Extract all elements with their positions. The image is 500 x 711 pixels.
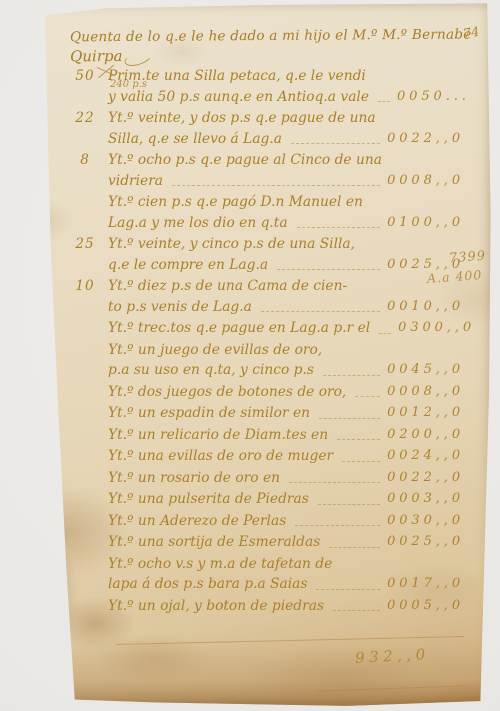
entry-margin-amount <box>62 596 108 617</box>
entry-body: Yt.º un rosario de oro en0022,,0 <box>108 468 464 489</box>
dotted-leader <box>337 439 380 440</box>
entry-line: Yt.º ocho p.s q.e pague al Cinco de una <box>108 150 382 171</box>
manuscript-photo: 74 Quenta de lo q.e le he dado a mi hijo… <box>0 0 500 711</box>
bottom-divider <box>316 685 466 691</box>
entry-row: Yt.º ocho v.s y m.a de tafetan delapa á … <box>62 554 464 595</box>
entry-row: 22Yt.º veinte, y dos p.s q.e pague de un… <box>62 108 464 149</box>
entry-row: Yt.º un juego de evillas de oro,p.a su u… <box>62 340 464 381</box>
entry-line-row: p.a su uso en q.ta, y cinco p.s0045,,0 <box>108 360 464 381</box>
entry-row: Yt.º un rosario de oro en0022,,0 <box>62 468 464 489</box>
entry-line-row: Yt.º un relicario de Diam.tes en0200,,0 <box>108 425 464 446</box>
entry-line-row: vidriera0008,,0 <box>108 171 464 192</box>
total-amount: 932,,0 <box>355 645 431 667</box>
entry-amount: 0012,,0 <box>387 403 464 424</box>
entry-body: Yt.º una evillas de oro de muger0024,,0 <box>108 446 464 467</box>
entry-row: Yt.º cien p.s q.e pagó D.n Manuel enLag.… <box>62 192 464 233</box>
entry-line: Yt.º diez p.s de una Cama de cien- <box>108 276 347 297</box>
entry-amount: 0005,,0 <box>387 596 464 617</box>
dotted-leader <box>172 185 380 186</box>
ledger-entries: 50Prim.te una Silla petaca, q.e le vendi… <box>62 66 464 617</box>
entry-body: Yt.º un espadin de similor en0012,,0 <box>108 403 464 424</box>
entry-line-row: Yt.º un espadin de similor en0012,,0 <box>108 403 464 424</box>
entry-amount: 0003,,0 <box>387 489 464 510</box>
dotted-leader <box>355 396 380 397</box>
entry-amount: 0025,,0 <box>387 255 464 276</box>
entry-margin-amount <box>62 318 108 339</box>
entry-line: Yt.º un rosario de oro en <box>108 468 280 489</box>
entry-line: Yt.º una evillas de oro de muger <box>108 446 333 467</box>
entry-row: Yt.º dos juegos de botones de oro,0008,,… <box>62 382 464 403</box>
entry-line-row: Yt.º veinte, y dos p.s q.e pague de una <box>108 108 464 129</box>
dotted-leader <box>316 589 380 590</box>
entry-line-row: Yt.º un ojal, y boton de piedras0005,,0 <box>108 596 464 617</box>
entry-row: Yt.º una evillas de oro de muger0024,,0 <box>62 446 464 467</box>
entry-amount: 0008,,0 <box>387 171 464 192</box>
entry-amount: 0024,,0 <box>387 446 464 467</box>
entry-line-row: Yt.º ocho p.s q.e pague al Cinco de una <box>108 150 464 171</box>
entry-amount: 0045,,0 <box>387 360 464 381</box>
entry-body: Yt.º veinte, y dos p.s q.e pague de unaS… <box>108 108 464 149</box>
entry-amount: 0008,,0 <box>387 382 464 403</box>
entry-row: Yt.º un relicario de Diam.tes en0200,,0 <box>62 425 464 446</box>
entry-body: Yt.º un juego de evillas de oro,p.a su u… <box>108 340 464 381</box>
entry-body: Yt.º un ojal, y boton de piedras0005,,0 <box>108 596 464 617</box>
entry-margin-amount: 25 <box>62 234 108 275</box>
entry-margin-amount <box>62 554 108 595</box>
entry-margin-amount <box>62 468 108 489</box>
entry-amount: 0025,,0 <box>387 532 464 553</box>
entry-line-row: Yt.º una evillas de oro de muger0024,,0 <box>108 446 464 467</box>
entry-line-row: Yt.º dos juegos de botones de oro,0008,,… <box>108 382 464 403</box>
entry-amount: 0030,,0 <box>387 511 464 532</box>
entry-line-row: Silla, q.e se llevo á Lag.a0022,,0 <box>108 129 464 150</box>
dotted-leader <box>319 418 380 419</box>
entry-amount: 0022,,0 <box>387 129 464 150</box>
entry-line-row: q.e le compre en Lag.a0025,,0 <box>108 255 464 276</box>
margin-note-17: 17. <box>24 590 43 604</box>
dotted-leader <box>297 227 381 228</box>
entry-row: 25Yt.º veinte, y cinco p.s de una Silla,… <box>62 234 464 275</box>
entry-line-row: Yt.º diez p.s de una Cama de cien- <box>108 276 464 297</box>
entry-line-row: Yt.º veinte, y cinco p.s de una Silla, <box>108 234 464 255</box>
header-subtitle: Quirpa <box>70 45 458 66</box>
dotted-leader <box>379 333 391 334</box>
entry-row: 50Prim.te una Silla petaca, q.e le vendi… <box>62 66 464 107</box>
entry-line: Yt.º un relicario de Diam.tes en <box>108 425 328 446</box>
entry-body: Yt.º dos juegos de botones de oro,0008,,… <box>108 382 464 403</box>
superscript-note: 240 p.s <box>110 79 147 90</box>
entry-line: Yt.º un juego de evillas de oro, <box>108 340 322 361</box>
entry-line-row: y valia 50 p.s aunq.e en Antioq.a vale00… <box>108 87 470 108</box>
entry-body: Yt.º diez p.s de una Cama de cien-to p.s… <box>108 276 464 317</box>
entry-row: Yt.º un Aderezo de Perlas0030,,0 <box>62 511 464 532</box>
dotted-leader <box>261 311 380 312</box>
entry-line-row: Yt.º un Aderezo de Perlas0030,,0 <box>108 511 464 532</box>
entry-line-row: Lag.a y me los dio en q.ta0100,,0 <box>108 213 464 234</box>
entry-line: Yt.º trec.tos q.e pague en Lag.a p.r el <box>108 318 370 339</box>
entry-line-row: Yt.º una pulserita de Piedras0003,,0 <box>108 489 464 510</box>
entry-amount: 0010,,0 <box>387 297 464 318</box>
entry-amount: 0100,,0 <box>387 213 464 234</box>
entry-line: vidriera <box>108 171 163 192</box>
entry-line: Yt.º una pulserita de Piedras <box>108 489 309 510</box>
entry-line: Silla, q.e se llevo á Lag.a <box>108 129 282 150</box>
entry-amount: 0022,,0 <box>387 468 464 489</box>
dotted-leader <box>295 525 380 526</box>
entry-amount: 0050... <box>397 87 470 108</box>
entry-line: Yt.º ocho v.s y m.a de tafetan de <box>108 554 332 575</box>
entry-line: Yt.º una sortija de Esmeraldas <box>108 532 320 553</box>
entry-body: Prim.te una Silla petaca, q.e le vendiy … <box>108 66 470 107</box>
entry-line-row: to p.s venis de Lag.a0010,,0 <box>108 297 464 318</box>
margin-note-r: R. <box>30 86 44 101</box>
entry-margin-amount <box>62 532 108 553</box>
entry-margin-amount <box>62 192 108 233</box>
entry-line: Lag.a y me los dio en q.ta <box>108 213 288 234</box>
entry-margin-amount <box>62 425 108 446</box>
dotted-leader <box>333 610 380 611</box>
entry-line: Yt.º un espadin de similor en <box>108 403 310 424</box>
dotted-leader <box>378 101 390 102</box>
entry-margin-amount: 10 <box>62 276 108 317</box>
entry-line: Yt.º cien p.s q.e pagó D.n Manuel en <box>108 192 363 213</box>
entry-row: Yt.º trec.tos q.e pague en Lag.a p.r el0… <box>62 318 464 339</box>
entry-row: 8Yt.º ocho p.s q.e pague al Cinco de una… <box>62 150 464 191</box>
entry-line-row: Prim.te una Silla petaca, q.e le vendi <box>108 66 470 87</box>
entry-amount: 0017,,0 <box>387 574 464 595</box>
entry-margin-amount: 50 <box>62 66 108 107</box>
entry-amount: 0300,,0 <box>398 318 475 339</box>
entry-body: Yt.º ocho v.s y m.a de tafetan delapa á … <box>108 554 464 595</box>
entry-row: Yt.º un espadin de similor en0012,,0 <box>62 403 464 424</box>
entry-line: p.a su uso en q.ta, y cinco p.s <box>108 360 314 381</box>
entry-amount: 0200,,0 <box>387 425 464 446</box>
entry-body: Yt.º ocho p.s q.e pague al Cinco de unav… <box>108 150 464 191</box>
entry-line-row: Yt.º una sortija de Esmeraldas0025,,0 <box>108 532 464 553</box>
entry-line: q.e le compre en Lag.a <box>108 255 268 276</box>
entry-margin-amount <box>62 403 108 424</box>
manuscript-page: 74 Quenta de lo q.e le he dado a mi hijo… <box>8 2 492 708</box>
header-subtitle-text: Quirpa <box>70 47 123 65</box>
entry-margin-amount <box>62 511 108 532</box>
entry-row: 10Yt.º diez p.s de una Cama de cien-to p… <box>62 276 464 317</box>
entry-line: Yt.º un Aderezo de Perlas <box>108 511 286 532</box>
entry-row: Yt.º una sortija de Esmeraldas0025,,0 <box>62 532 464 553</box>
entry-margin-amount <box>62 446 108 467</box>
entry-line-row: Yt.º cien p.s q.e pagó D.n Manuel en <box>108 192 464 213</box>
entry-line: Yt.º veinte, y cinco p.s de una Silla, <box>108 234 355 255</box>
entry-line-row: Yt.º trec.tos q.e pague en Lag.a p.r el0… <box>108 318 475 339</box>
header-title: Quenta de lo q.e le he dado a mi hijo el… <box>70 27 458 46</box>
dotted-leader <box>342 461 380 462</box>
dotted-leader <box>291 143 380 144</box>
entry-line-row: Yt.º ocho v.s y m.a de tafetan de <box>108 554 464 575</box>
page-header: Quenta de lo q.e le he dado a mi hijo el… <box>70 27 458 66</box>
entry-body: Yt.º trec.tos q.e pague en Lag.a p.r el0… <box>108 318 475 339</box>
entry-line: Yt.º dos juegos de botones de oro, <box>108 382 346 403</box>
entry-line: to p.s venis de Lag.a <box>108 297 252 318</box>
dotted-leader <box>329 547 380 548</box>
entry-line: lapa á dos p.s bara p.a Saias <box>108 574 307 595</box>
entry-row: Yt.º una pulserita de Piedras0003,,0 <box>62 489 464 510</box>
entry-line-row: Yt.º un juego de evillas de oro, <box>108 340 464 361</box>
entry-line-row: lapa á dos p.s bara p.a Saias0017,,0 <box>108 574 464 595</box>
entry-body: Yt.º cien p.s q.e pagó D.n Manuel enLag.… <box>108 192 464 233</box>
entry-margin-amount <box>62 489 108 510</box>
entry-margin-amount <box>62 340 108 381</box>
dotted-leader <box>323 375 380 376</box>
entry-margin-amount <box>62 382 108 403</box>
total-divider <box>116 636 464 645</box>
entry-row: Yt.º un ojal, y boton de piedras0005,,0 <box>62 596 464 617</box>
entry-body: Yt.º un Aderezo de Perlas0030,,0 <box>108 511 464 532</box>
dotted-leader <box>289 482 380 483</box>
entry-line-row: Yt.º un rosario de oro en0022,,0 <box>108 468 464 489</box>
entry-body: Yt.º veinte, y cinco p.s de una Silla,q.… <box>108 234 464 275</box>
entry-line: y valia 50 p.s aunq.e en Antioq.a vale <box>108 87 369 108</box>
entry-line: Yt.º un ojal, y boton de piedras <box>108 596 324 617</box>
dotted-leader <box>277 269 380 270</box>
dotted-leader <box>318 504 380 505</box>
entry-margin-amount: 22 <box>62 108 108 149</box>
entry-line: Yt.º veinte, y dos p.s q.e pague de una <box>108 108 376 129</box>
entry-margin-amount: 8 <box>62 150 108 191</box>
entry-body: Yt.º una sortija de Esmeraldas0025,,0 <box>108 532 464 553</box>
entry-body: Yt.º una pulserita de Piedras0003,,0 <box>108 489 464 510</box>
entry-body: Yt.º un relicario de Diam.tes en0200,,0 <box>108 425 464 446</box>
